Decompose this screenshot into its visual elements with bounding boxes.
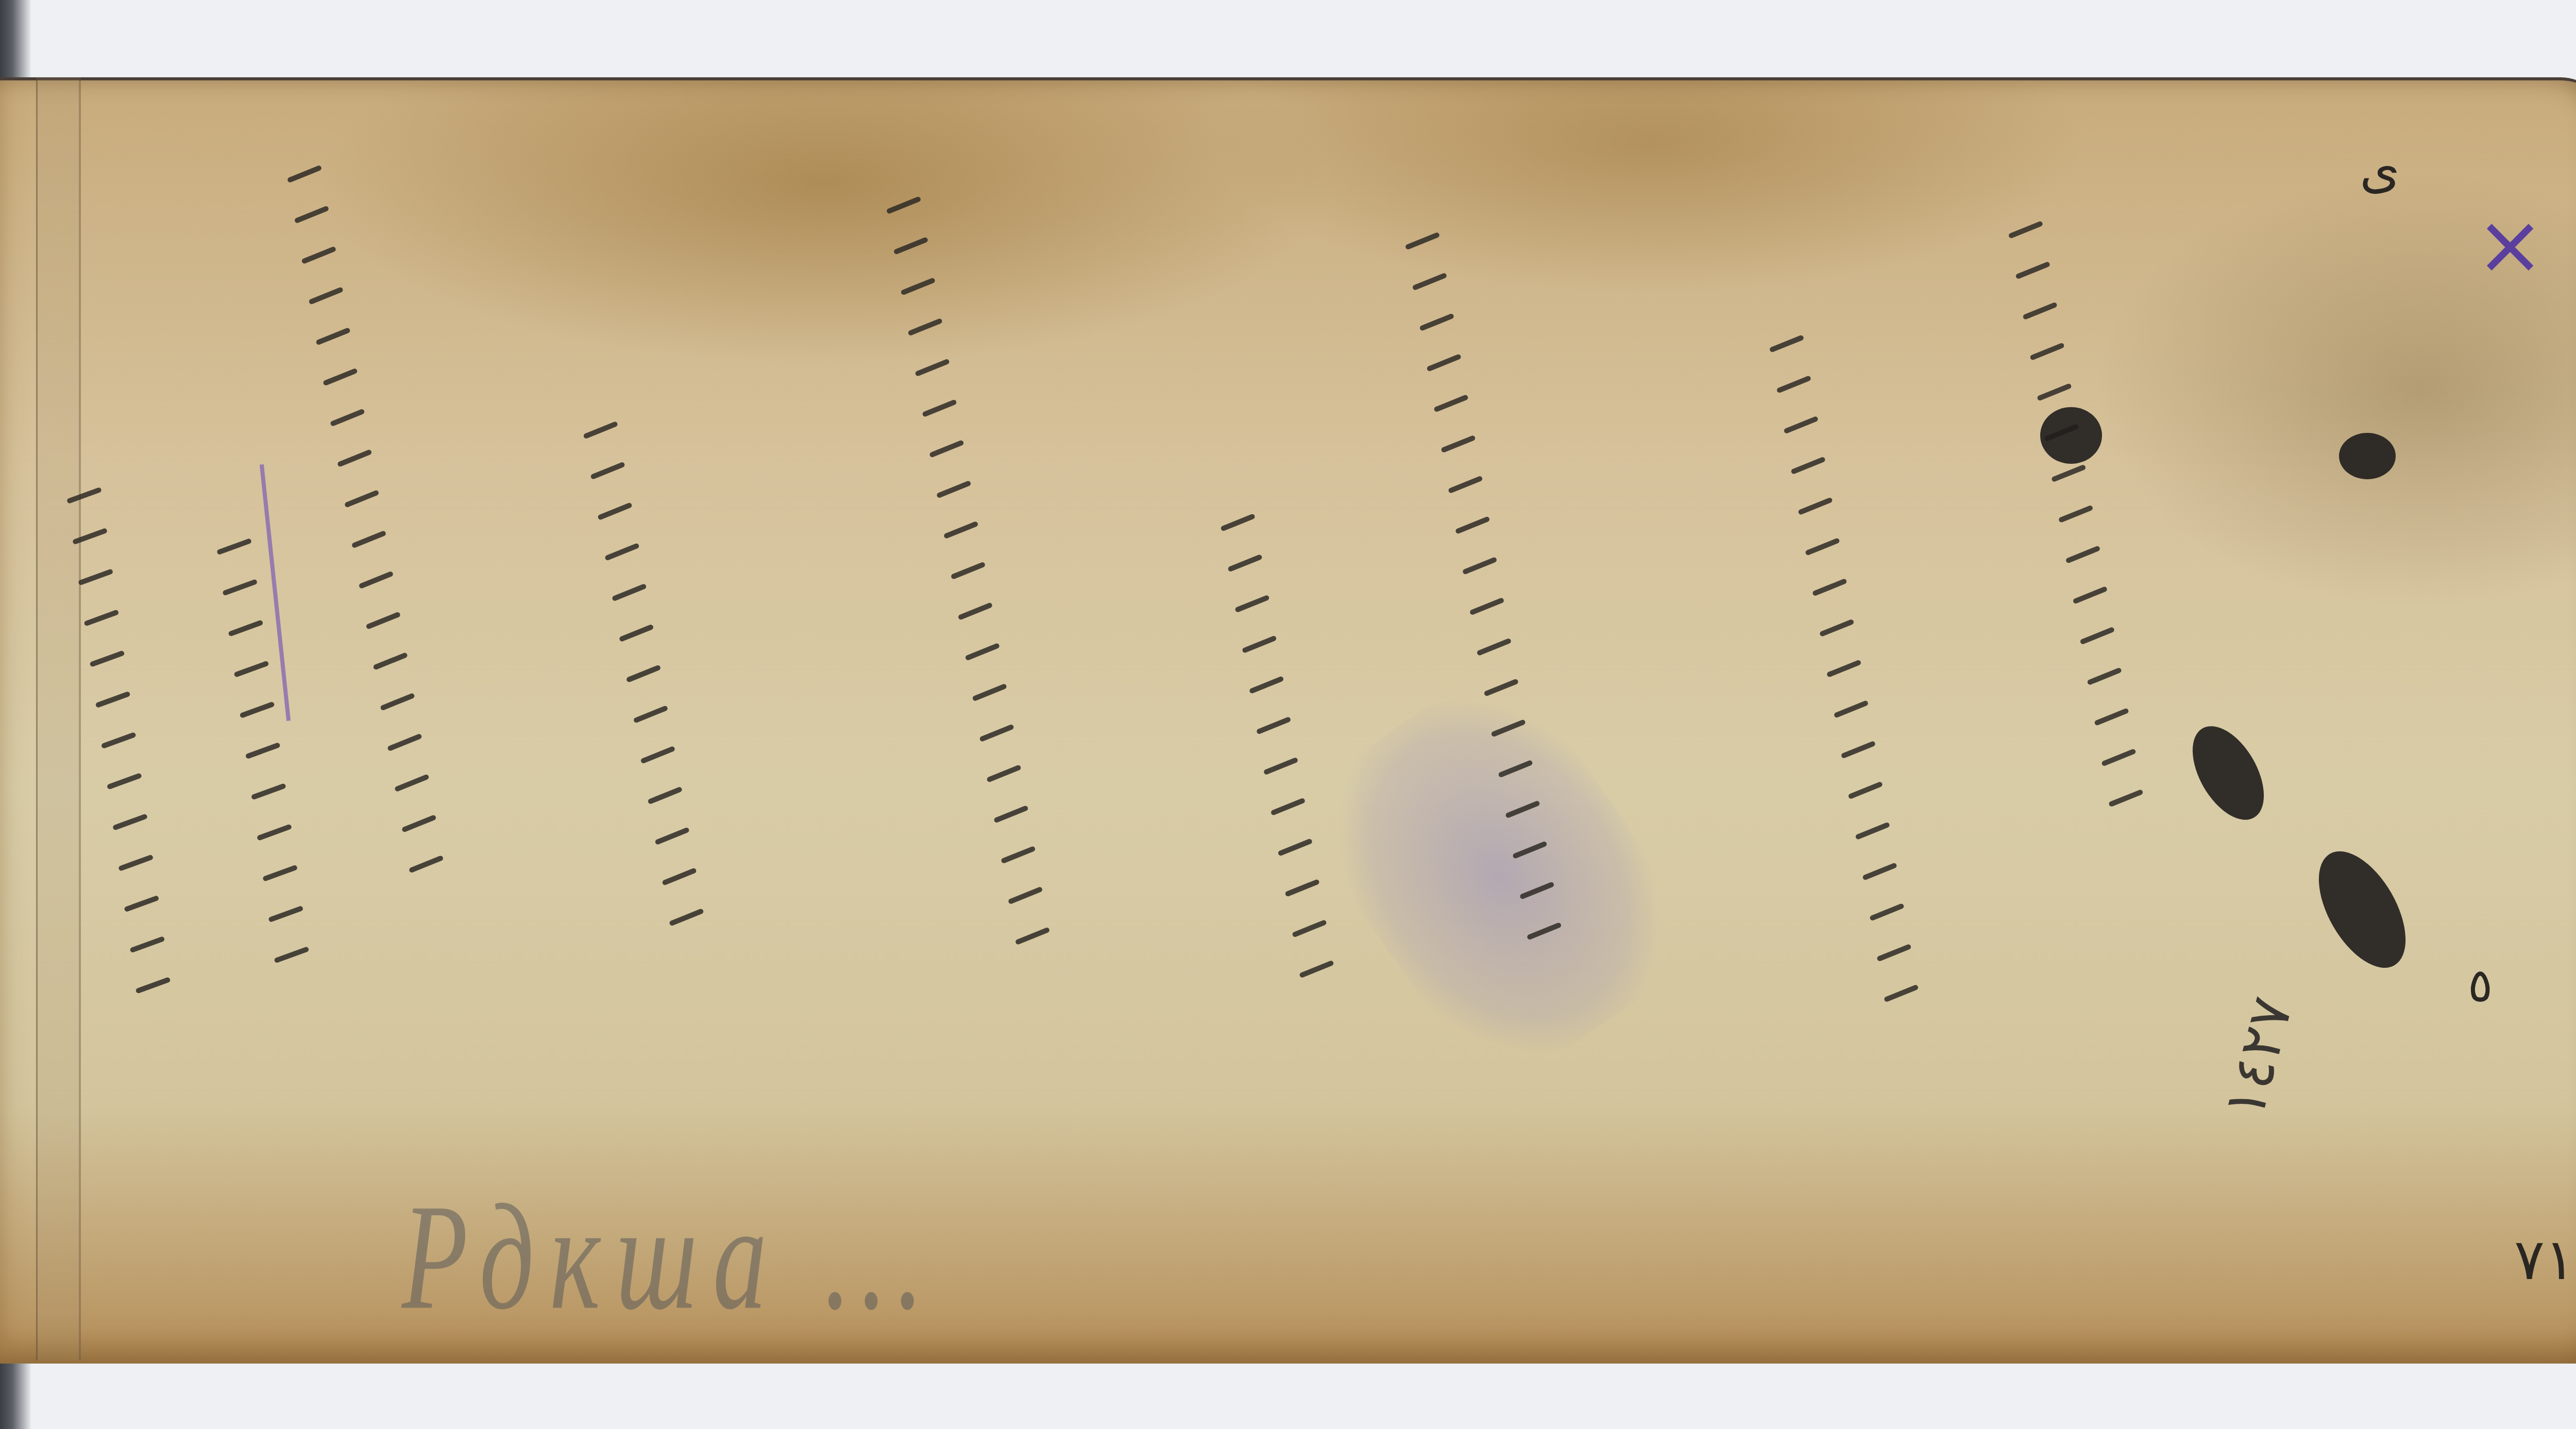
- ink-blot: [2040, 407, 2102, 464]
- folio-number: ٧١: [2514, 1226, 2575, 1292]
- gutter-fold: [36, 77, 81, 1360]
- corner-mark: ی: [2360, 139, 2400, 199]
- purple-x-mark: ×: [2476, 204, 2545, 286]
- ink-blot: [2339, 433, 2396, 479]
- pencil-annotation: Рдкша …: [402, 1171, 937, 1344]
- marginal-mark: ٥: [2468, 959, 2493, 1013]
